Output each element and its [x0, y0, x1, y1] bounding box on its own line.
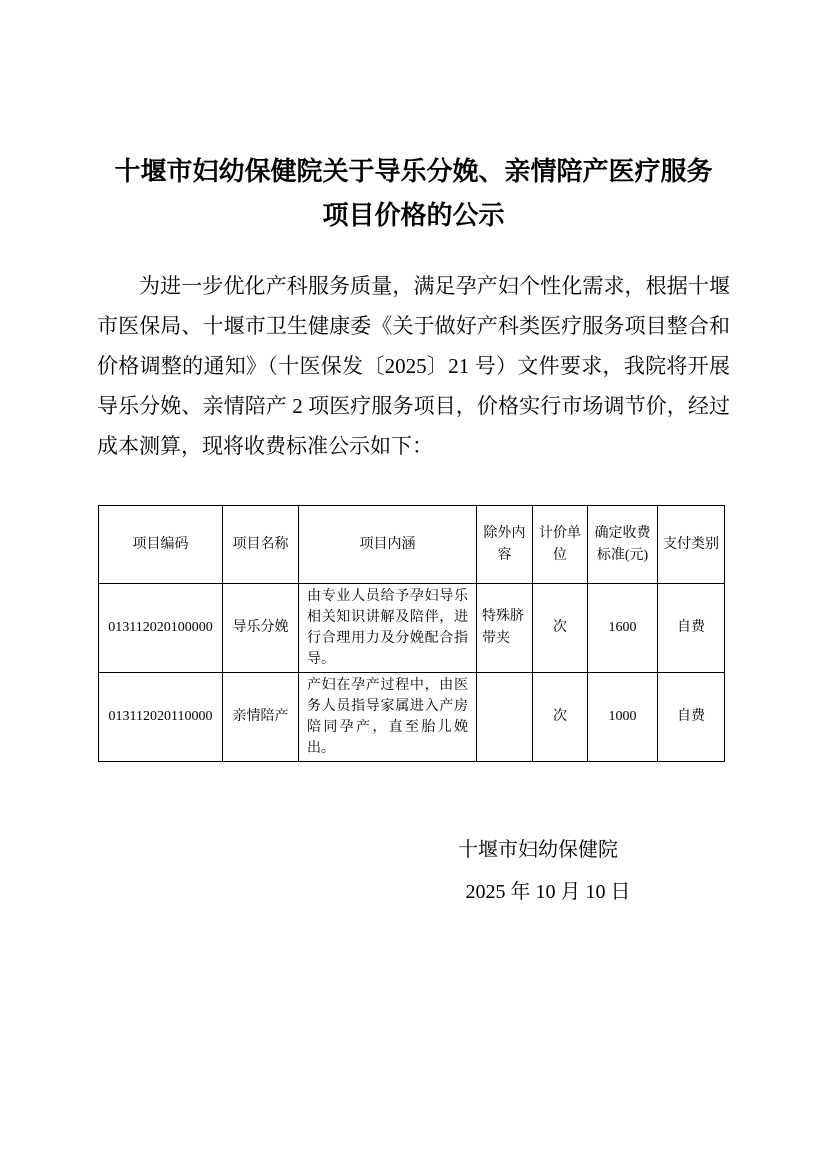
document-title-line-2: 项目价格的公示 — [0, 193, 827, 237]
table-header-row: 项目编码 项目名称 项目内涵 除外内容 计价单位 确定收费标准(元) 支付类别 — [99, 506, 725, 584]
pricing-unit-cell: 次 — [533, 673, 588, 762]
document-title: 十堰市妇幼保健院关于导乐分娩、亲情陪产医疗服务 项目价格的公示 — [0, 149, 827, 237]
pricing-unit-cell: 次 — [533, 584, 588, 673]
intro-paragraph: 为进一步优化产科服务质量，满足孕产妇个性化需求，根据十堰市医保局、十堰市卫生健康… — [97, 266, 730, 466]
column-header-project-name: 项目名称 — [223, 506, 299, 584]
column-header-project-description: 项目内涵 — [299, 506, 477, 584]
table-row: 013112020100000 导乐分娩 由专业人员给予孕妇导乐相关知识讲解及陪… — [99, 584, 725, 673]
project-name-cell: 导乐分娩 — [223, 584, 299, 673]
project-code-cell: 013112020110000 — [99, 673, 223, 762]
price-table: 项目编码 项目名称 项目内涵 除外内容 计价单位 确定收费标准(元) 支付类别 … — [98, 505, 725, 762]
exclusions-cell: 特殊脐带夹 — [477, 584, 533, 673]
project-code-cell: 013112020100000 — [99, 584, 223, 673]
fee-standard-cell: 1000 — [588, 673, 658, 762]
signature-block: 十堰市妇幼保健院 2025 年 10 月 10 日 — [398, 838, 678, 904]
signature-organization: 十堰市妇幼保健院 — [398, 838, 678, 862]
project-description-cell: 由专业人员给予孕妇导乐相关知识讲解及陪伴，进行合理用力及分娩配合指导。 — [299, 584, 477, 673]
document-page: 十堰市妇幼保健院关于导乐分娩、亲情陪产医疗服务 项目价格的公示 为进一步优化产科… — [0, 0, 827, 1169]
table-row: 013112020110000 亲情陪产 产妇在孕产过程中，由医务人员指导家属进… — [99, 673, 725, 762]
column-header-payment-type: 支付类别 — [658, 506, 725, 584]
fee-standard-cell: 1600 — [588, 584, 658, 673]
payment-type-cell: 自费 — [658, 673, 725, 762]
payment-type-cell: 自费 — [658, 584, 725, 673]
signature-date: 2025 年 10 月 10 日 — [408, 880, 688, 904]
exclusions-cell — [477, 673, 533, 762]
column-header-exclusions: 除外内容 — [477, 506, 533, 584]
document-title-line-1: 十堰市妇幼保健院关于导乐分娩、亲情陪产医疗服务 — [0, 149, 827, 193]
column-header-pricing-unit: 计价单位 — [533, 506, 588, 584]
project-description-cell: 产妇在孕产过程中，由医务人员指导家属进入产房陪同孕产，直至胎儿娩出。 — [299, 673, 477, 762]
column-header-fee-standard: 确定收费标准(元) — [588, 506, 658, 584]
project-name-cell: 亲情陪产 — [223, 673, 299, 762]
column-header-project-code: 项目编码 — [99, 506, 223, 584]
